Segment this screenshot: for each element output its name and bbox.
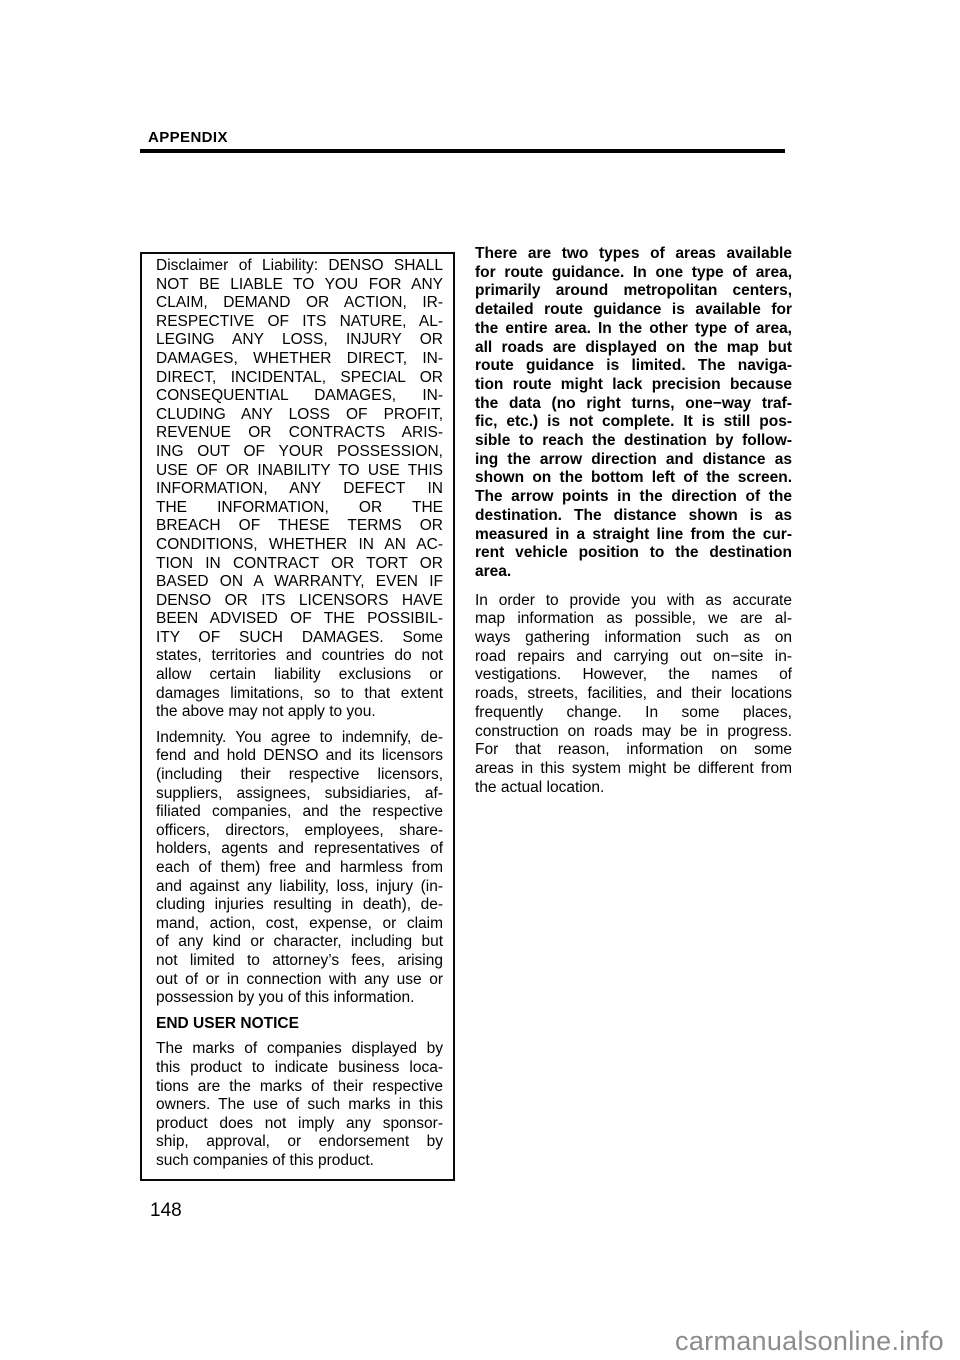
disclaimer-box: Disclaimer of Liability: DENSO SHALLNOT … (140, 252, 455, 1181)
text-line: ing the arrow direction and distance as (475, 451, 792, 470)
text-line: detailed route guidance is available for (475, 301, 792, 320)
header-rule (140, 149, 785, 153)
text-line: all roads are displayed on the map but (475, 339, 792, 358)
text-line: cluding injuries resulting in death), de… (156, 896, 443, 915)
page-number: 148 (150, 1200, 182, 1222)
text-line: the data (no right turns, one−way traf- (475, 395, 792, 414)
text-line: and against any liability, loss, injury … (156, 878, 443, 897)
text-line: The marks of companies displayed by (156, 1040, 443, 1059)
text-line: tions are the marks of their respective (156, 1078, 443, 1097)
text-line: CLUDING ANY LOSS OF PROFIT, (156, 406, 443, 425)
end-user-notice-heading: END USER NOTICE (156, 1015, 443, 1034)
text-line: fend and hold DENSO and its licensors (156, 747, 443, 766)
text-line: holders, agents and representatives of (156, 840, 443, 859)
text-line: RESPECTIVE OF ITS NATURE, AL- (156, 313, 443, 332)
text-line: BASED ON A WARRANTY, EVEN IF (156, 573, 443, 592)
indemnity-paragraph: Indemnity. You agree to indemnify, de-fe… (156, 729, 443, 1008)
text-line: out of or in connection with any use or (156, 971, 443, 990)
text-line: rent vehicle position to the destination (475, 544, 792, 563)
text-line: In order to provide you with as accurate (475, 592, 792, 611)
text-line: for route guidance. In one type of area, (475, 264, 792, 283)
route-guidance-column: There are two types of areas availablefo… (475, 245, 792, 797)
text-line: area. (475, 563, 792, 582)
text-line: shown on the bottom left of the screen. (475, 469, 792, 488)
text-line: The arrow points in the direction of the (475, 488, 792, 507)
text-line: DENSO OR ITS LICENSORS HAVE (156, 592, 443, 611)
text-line: Indemnity. You agree to indemnify, de- (156, 729, 443, 748)
text-line: ways gathering information such as on (475, 629, 792, 648)
text-line: BEEN ADVISED OF THE POSSIBIL- (156, 610, 443, 629)
text-line: construction on roads may be in progress… (475, 723, 792, 742)
text-line: vestigations. However, the names of (475, 666, 792, 685)
text-line: NOT BE LIABLE TO YOU FOR ANY (156, 276, 443, 295)
text-line: owners. The use of such marks in this (156, 1096, 443, 1115)
text-line: measured in a straight line from the cur… (475, 526, 792, 545)
text-line: DIRECT, INCIDENTAL, SPECIAL OR (156, 369, 443, 388)
text-line: CONDITIONS, WHETHER IN AN AC- (156, 536, 443, 555)
text-line: ITY OF SUCH DAMAGES. Some (156, 629, 443, 648)
text-line: frequently change. In some places, (475, 704, 792, 723)
text-line: BREACH OF THESE TERMS OR (156, 517, 443, 536)
text-line: the above may not apply to you. (156, 703, 443, 722)
text-line: this product to indicate business loca- (156, 1059, 443, 1078)
text-line: allow certain liability exclusions or (156, 666, 443, 685)
watermark-text: carmanualsonline.info (675, 1326, 944, 1357)
text-line: ship, approval, or endorsement by (156, 1133, 443, 1152)
text-line: TION IN CONTRACT OR TORT OR (156, 555, 443, 574)
text-line: There are two types of areas available (475, 245, 792, 264)
text-line: such companies of this product. (156, 1152, 443, 1171)
text-line: fic, etc.) is not complete. It is still … (475, 413, 792, 432)
text-line: filiated companies, and the respective (156, 803, 443, 822)
text-line: each of them) free and harmless from (156, 859, 443, 878)
text-line: not limited to attorney’s fees, arising (156, 952, 443, 971)
text-line: of any kind or character, including but (156, 933, 443, 952)
text-line: DAMAGES, WHETHER DIRECT, IN- (156, 350, 443, 369)
text-line: mand, action, cost, expense, or claim (156, 915, 443, 934)
text-line: destination. The distance shown is as (475, 507, 792, 526)
text-line: road repairs and carrying out on−site in… (475, 648, 792, 667)
text-line: (including their respective licensors, (156, 766, 443, 785)
text-line: LEGING ANY LOSS, INJURY OR (156, 331, 443, 350)
text-line: USE OF OR INABILITY TO USE THIS (156, 462, 443, 481)
text-line: the entire area. In the other type of ar… (475, 320, 792, 339)
text-line: route guidance is limited. The naviga- (475, 357, 792, 376)
text-line: damages limitations, so to that extent (156, 685, 443, 704)
text-line: roads, streets, facilities, and their lo… (475, 685, 792, 704)
trademark-paragraph: The marks of companies displayed bythis … (156, 1040, 443, 1170)
text-line: CLAIM, DEMAND OR ACTION, IR- (156, 294, 443, 313)
text-line: primarily around metropolitan centers, (475, 282, 792, 301)
text-line: suppliers, assignees, subsidiaries, af- (156, 785, 443, 804)
text-line: CONSEQUENTIAL DAMAGES, IN- (156, 387, 443, 406)
text-line: THE INFORMATION, OR THE (156, 499, 443, 518)
page-title: APPENDIX (148, 129, 228, 146)
text-line: officers, directors, employees, share- (156, 822, 443, 841)
text-line: states, territories and countries do not (156, 647, 443, 666)
text-line: INFORMATION, ANY DEFECT IN (156, 480, 443, 499)
text-line: For that reason, information on some (475, 741, 792, 760)
text-line: map information as possible, we are al- (475, 610, 792, 629)
disclaimer-paragraph: Disclaimer of Liability: DENSO SHALLNOT … (156, 257, 443, 722)
text-line: sible to reach the destination by follow… (475, 432, 792, 451)
manual-page: APPENDIX Disclaimer of Liability: DENSO … (0, 0, 960, 1360)
text-line: the actual location. (475, 779, 792, 798)
route-guidance-paragraph: There are two types of areas availablefo… (475, 245, 792, 582)
text-line: tion route might lack precision because (475, 376, 792, 395)
text-line: ING OUT OF YOUR POSSESSION, (156, 443, 443, 462)
text-line: possession by you of this information. (156, 989, 443, 1008)
text-line: Disclaimer of Liability: DENSO SHALL (156, 257, 443, 276)
map-accuracy-paragraph: In order to provide you with as accurate… (475, 592, 792, 798)
text-line: product does not imply any sponsor- (156, 1115, 443, 1134)
text-line: REVENUE OR CONTRACTS ARIS- (156, 424, 443, 443)
text-line: areas in this system might be different … (475, 760, 792, 779)
